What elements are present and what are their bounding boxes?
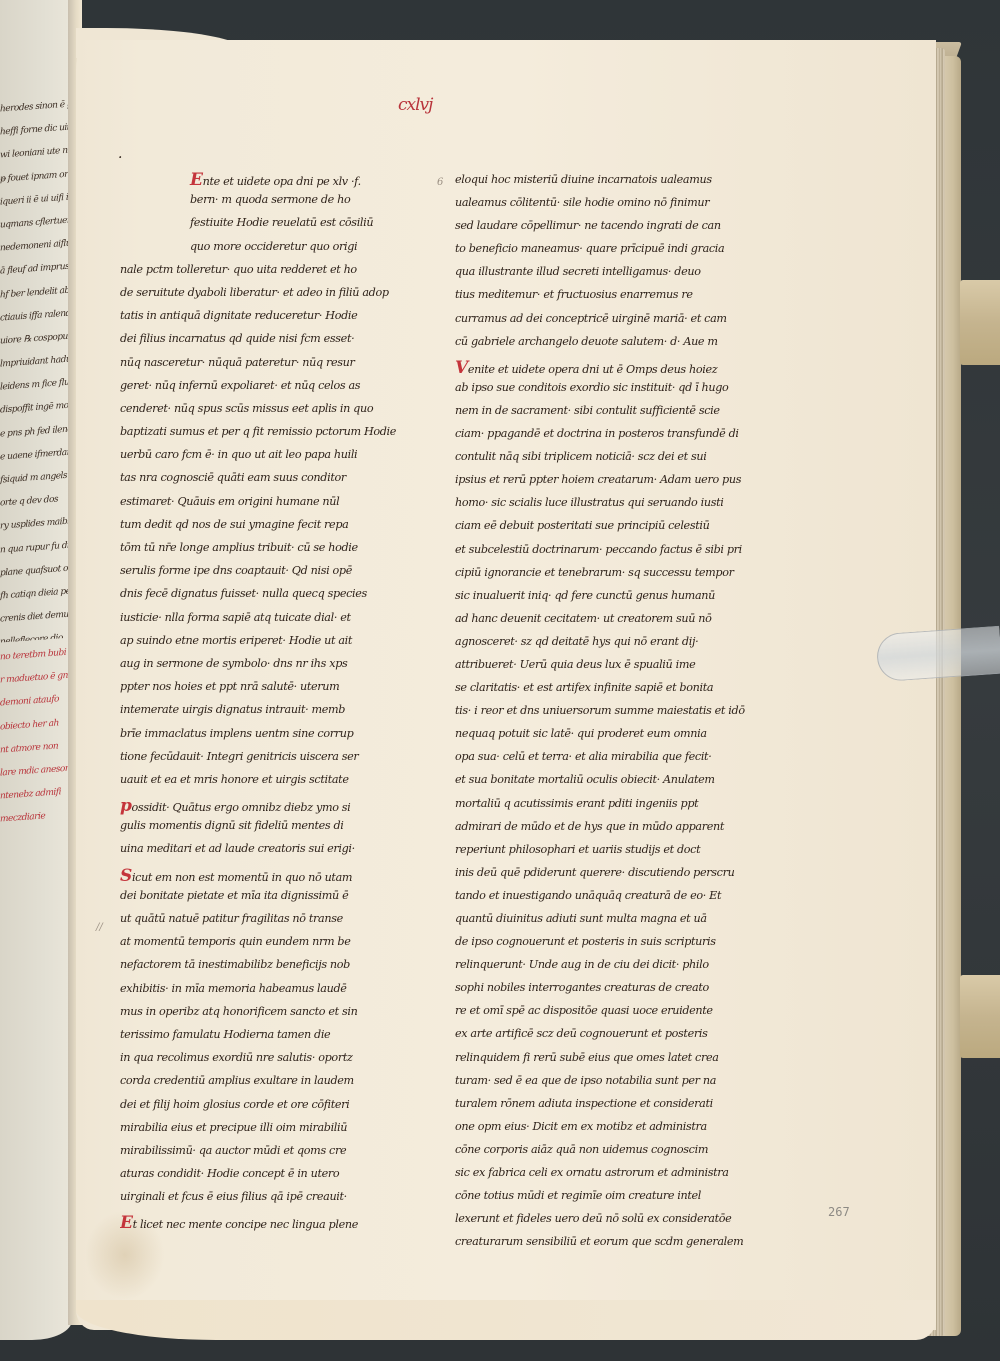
manuscript-line: ex arte artificē scz deū cognouerunt et … bbox=[455, 1027, 770, 1050]
manuscript-line: ut quātū natuē patitur fragilitas nō tra… bbox=[120, 912, 405, 935]
page-bottom-curve bbox=[76, 1300, 936, 1340]
manuscript-line: tis· i reor et dns uniuersorum summe mai… bbox=[455, 704, 770, 727]
left-page-rubric-line: meczdiarie bbox=[0, 808, 72, 836]
manuscript-line: serulis forme ipe dns coaptauit· Qd nisi… bbox=[120, 564, 405, 587]
manuscript-line: tione fecūdauit· Integri genitricis uisc… bbox=[120, 750, 405, 773]
manuscript-line: agnosceret· sz qd deitatē hys qui nō era… bbox=[455, 635, 770, 658]
clasp-bottom bbox=[960, 975, 1000, 1058]
manuscript-line: in qua recolimus exordiū nre salutis· op… bbox=[120, 1051, 405, 1074]
manuscript-line: estimaret· Quāuis em origini humane nūl bbox=[120, 495, 405, 518]
rubric-initial: S bbox=[120, 866, 132, 886]
rubric-initial: V bbox=[455, 358, 468, 378]
manuscript-line: sophi nobiles interrogantes creaturas de… bbox=[455, 981, 770, 1004]
manuscript-line: inis deū quē pdiderunt querere· discutie… bbox=[455, 866, 770, 889]
manuscript-line: relinquidem fi rerū subē eius que omes l… bbox=[455, 1051, 770, 1074]
manuscript-line: corda credentiū amplius exultare in laud… bbox=[120, 1074, 405, 1097]
manuscript-line: tius meditemur· et fructuosius enarremus… bbox=[455, 288, 770, 311]
left-page-text-red: no teretbm bubi etyr maduetuo ē gnidemon… bbox=[0, 645, 72, 840]
manuscript-line: tatis in antiquā dignitate reduceretur· … bbox=[120, 309, 405, 332]
manuscript-line: attribueret· Uerū quia deus lux ē spuali… bbox=[455, 658, 770, 681]
manuscript-line: sic inualuerit iniq· qd fere cunctū genu… bbox=[455, 589, 770, 612]
manuscript-line: dei filius incarnatus qd quide nisi fcm … bbox=[120, 332, 405, 355]
manuscript-line: creaturarum sensibiliū et eorum que scdm… bbox=[455, 1235, 770, 1258]
manuscript-line: quantū diuinitus adiuti sunt multa magna… bbox=[455, 912, 770, 935]
margin-mark-slashes: // bbox=[96, 922, 103, 933]
manuscript-line: sed laudare cōpellimur· ne tacendo ingra… bbox=[455, 219, 770, 242]
manuscript-line: ppter nos hoies et ppt nrā salutē· uteru… bbox=[120, 680, 405, 703]
manuscript-line: ab ipso sue conditois exordio sic instit… bbox=[455, 381, 770, 404]
rubric-initial: E bbox=[120, 1213, 133, 1233]
manuscript-line: uerbū caro fcm ē· in quo ut ait leo papa… bbox=[120, 448, 405, 471]
manuscript-line: admirari de mūdo et de hys que in mūdo a… bbox=[455, 820, 770, 843]
manuscript-line: eloqui hoc misteriū diuine incarnatois u… bbox=[455, 173, 770, 196]
manuscript-line: dei bonitate pietate et mīa ita dignissi… bbox=[120, 889, 405, 912]
folio-header: cxlvj bbox=[398, 95, 432, 115]
manuscript-line: Et licet nec mente concipe nec lingua pl… bbox=[120, 1213, 405, 1236]
manuscript-line: mus in operibz atq honorificem sancto et… bbox=[120, 1005, 405, 1028]
manuscript-line: festiuite Hodie reuelatū est cōsiliū bbox=[120, 216, 405, 239]
manuscript-line: uauit et ea et mris honore et uirgis sct… bbox=[120, 773, 405, 796]
manuscript-line: to beneficio maneamus· quare prīcipuē in… bbox=[455, 242, 770, 265]
manuscript-line: exhibitis· in mīa memoria habeamus laudē bbox=[120, 982, 405, 1005]
manuscript-line: ap suindo etne mortis eriperet· Hodie ut… bbox=[120, 634, 405, 657]
manuscript-line: nem in de sacrament· sibi contulit suffi… bbox=[455, 404, 770, 427]
manuscript-line: cenderet· nūq spus scūs missus eet aplis… bbox=[120, 402, 405, 425]
manuscript-line: nūq nasceretur· nūquā pateretur· nūq res… bbox=[120, 356, 405, 379]
manuscript-line: mirabilissimū· qa auctor mūdi et qoms cr… bbox=[120, 1144, 405, 1167]
manuscript-line: ciam eē debuit posteritati sue principiū… bbox=[455, 519, 770, 542]
manuscript-line: Ente et uidete opa dni pe xlv ·f. bbox=[120, 170, 405, 193]
page-clip[interactable] bbox=[875, 626, 1000, 683]
manuscript-line: tando et inuestigando unāquāq creaturā d… bbox=[455, 889, 770, 912]
manuscript-line: sic ex fabrica celi ex ornatu astrorum e… bbox=[455, 1166, 770, 1189]
manuscript-line: ad hanc deuenit cecitatem· ut creatorem … bbox=[455, 612, 770, 635]
manuscript-line: mirabilia eius et precipue illi oim mira… bbox=[120, 1121, 405, 1144]
margin-mark-6: 6 bbox=[437, 177, 443, 188]
manuscript-line: intemerate uirgis dignatus intrauit· mem… bbox=[120, 703, 405, 726]
manuscript-line: curramus ad dei conceptricē uirginē mari… bbox=[455, 312, 770, 335]
manuscript-line: cū gabriele archangelo deuote salutem· d… bbox=[455, 335, 770, 358]
manuscript-line: uirginali et fcus ē eius filius qā ipē c… bbox=[120, 1190, 405, 1213]
manuscript-line: ualeamus cōlitentū· sile hodie omino nō … bbox=[455, 196, 770, 219]
manuscript-line: reperiunt philosophari et uariis studijs… bbox=[455, 843, 770, 866]
manuscript-line: iusticie· nlla forma sapiē atq tuicate d… bbox=[120, 611, 405, 634]
manuscript-line: dei et filij hoim glosius corde et ore c… bbox=[120, 1098, 405, 1121]
manuscript-line: et subcelestiū doctrinarum· peccando fac… bbox=[455, 543, 770, 566]
manuscript-line: nale pctm tolleretur· quo uita redderet … bbox=[120, 263, 405, 286]
manuscript-line: terissimo famulatu Hodierna tamen die bbox=[120, 1028, 405, 1051]
text-column-left: Ente et uidete opa dni pe xlv ·f.bern· m… bbox=[120, 170, 405, 1237]
clasp-top bbox=[960, 280, 1000, 365]
manuscript-line: turalem rōnem adiuta inspectione et cons… bbox=[455, 1097, 770, 1120]
manuscript-line: lexerunt et fideles uero deū nō solū ex … bbox=[455, 1212, 770, 1235]
manuscript-line: mortaliū q acutissimis erant pditi ingen… bbox=[455, 797, 770, 820]
left-page-text-black: herodes sinon ē gnis piheffi forne dic u… bbox=[0, 97, 72, 642]
manuscript-line: ipsius et rerū ppter hoiem creatarum· Ad… bbox=[455, 473, 770, 496]
manuscript-line: bern· m quoda sermone de ho bbox=[120, 193, 405, 216]
manuscript-line: opa sua· celū et terra· et alia mirabili… bbox=[455, 750, 770, 773]
manuscript-line: relinquerunt· Unde aug in de ciu dei dic… bbox=[455, 958, 770, 981]
left-page: herodes sinon ē gnis piheffi forne dic u… bbox=[0, 0, 72, 1340]
manuscript-line: gulis momentis dignū sit fideliū mentes … bbox=[120, 819, 405, 842]
manuscript-line: aug in sermone de symbolo· dns nr ihs xp… bbox=[120, 657, 405, 680]
manuscript-line: Sicut em non est momentū in quo nō utam bbox=[120, 866, 405, 889]
manuscript-line: tum dedit qd nos de sui ymagine fecit re… bbox=[120, 518, 405, 541]
manuscript-line: cipiū ignorancie et tenebrarum· sq succe… bbox=[455, 566, 770, 589]
manuscript-line: tōm tū nr̄e longe amplius tribuit· cū se… bbox=[120, 541, 405, 564]
page-number: 267 bbox=[828, 1205, 850, 1219]
manuscript-line: se claritatis· et est artifex infinite s… bbox=[455, 681, 770, 704]
manuscript-line: geret· nūq infernū expoliaret· et nūq ce… bbox=[120, 379, 405, 402]
manuscript-line: aturas condidit· Hodie concept ē in uter… bbox=[120, 1167, 405, 1190]
manuscript-line: contulit nāq sibi triplicem noticiā· scz… bbox=[455, 450, 770, 473]
manuscript-line: quo more occideretur quo origi bbox=[120, 240, 405, 263]
manuscript-line: nequaq potuit sic latē· qui proderet eum… bbox=[455, 727, 770, 750]
manuscript-line: baptizati sumus et per q fit remissio pc… bbox=[120, 425, 405, 448]
manuscript-line: re et omī spē ac dispositōe quasi uoce e… bbox=[455, 1004, 770, 1027]
manuscript-line: one opm eius· Dicit em ex motibz et admi… bbox=[455, 1120, 770, 1143]
manuscript-line: nefactorem tā inestimabilibz beneficijs … bbox=[120, 958, 405, 981]
manuscript-line: at momentū temporis quin eundem nrm be bbox=[120, 935, 405, 958]
manuscript-line: homo· sic scialis luce illustratus qui s… bbox=[455, 496, 770, 519]
manuscript-line: de ipso cognouerunt et posteris in suis … bbox=[455, 935, 770, 958]
manuscript-line: possidit· Quātus ergo omnibz diebz ymo s… bbox=[120, 796, 405, 819]
manuscript-line: et sua bonitate mortaliū oculis obiecit·… bbox=[455, 773, 770, 796]
manuscript-line: tas nra cognosciē quāti eam suus condito… bbox=[120, 471, 405, 494]
manuscript-line: cōne totius mūdi et regimīe oim creature… bbox=[455, 1189, 770, 1212]
manuscript-line: brīe immaclatus implens uentm sine corru… bbox=[120, 727, 405, 750]
manuscript-line: qua illustrante illud secreti intelligam… bbox=[455, 265, 770, 288]
manuscript-line: cōne corporis aiāz quā non uidemus cogno… bbox=[455, 1143, 770, 1166]
manuscript-line: de seruitute dyaboli liberatur· et adeo … bbox=[120, 286, 405, 309]
manuscript-line: dnis fecē dignatus fuisset· nulla quecq … bbox=[120, 587, 405, 610]
rubric-initial: p bbox=[120, 796, 132, 816]
manuscript-line: uina meditari et ad laude creatoris sui … bbox=[120, 842, 405, 865]
manuscript-line: ciam· ppagandē et doctrina in posteros t… bbox=[455, 427, 770, 450]
text-column-right: eloqui hoc misteriū diuine incarnatois u… bbox=[455, 173, 770, 1258]
margin-dot: · bbox=[118, 150, 122, 166]
manuscript-line: Venite et uidete opera dni ut ē Omps deu… bbox=[455, 358, 770, 381]
rubric-initial: E bbox=[190, 170, 203, 190]
manuscript-line: turam· sed ē ea que de ipso notabilia su… bbox=[455, 1074, 770, 1097]
